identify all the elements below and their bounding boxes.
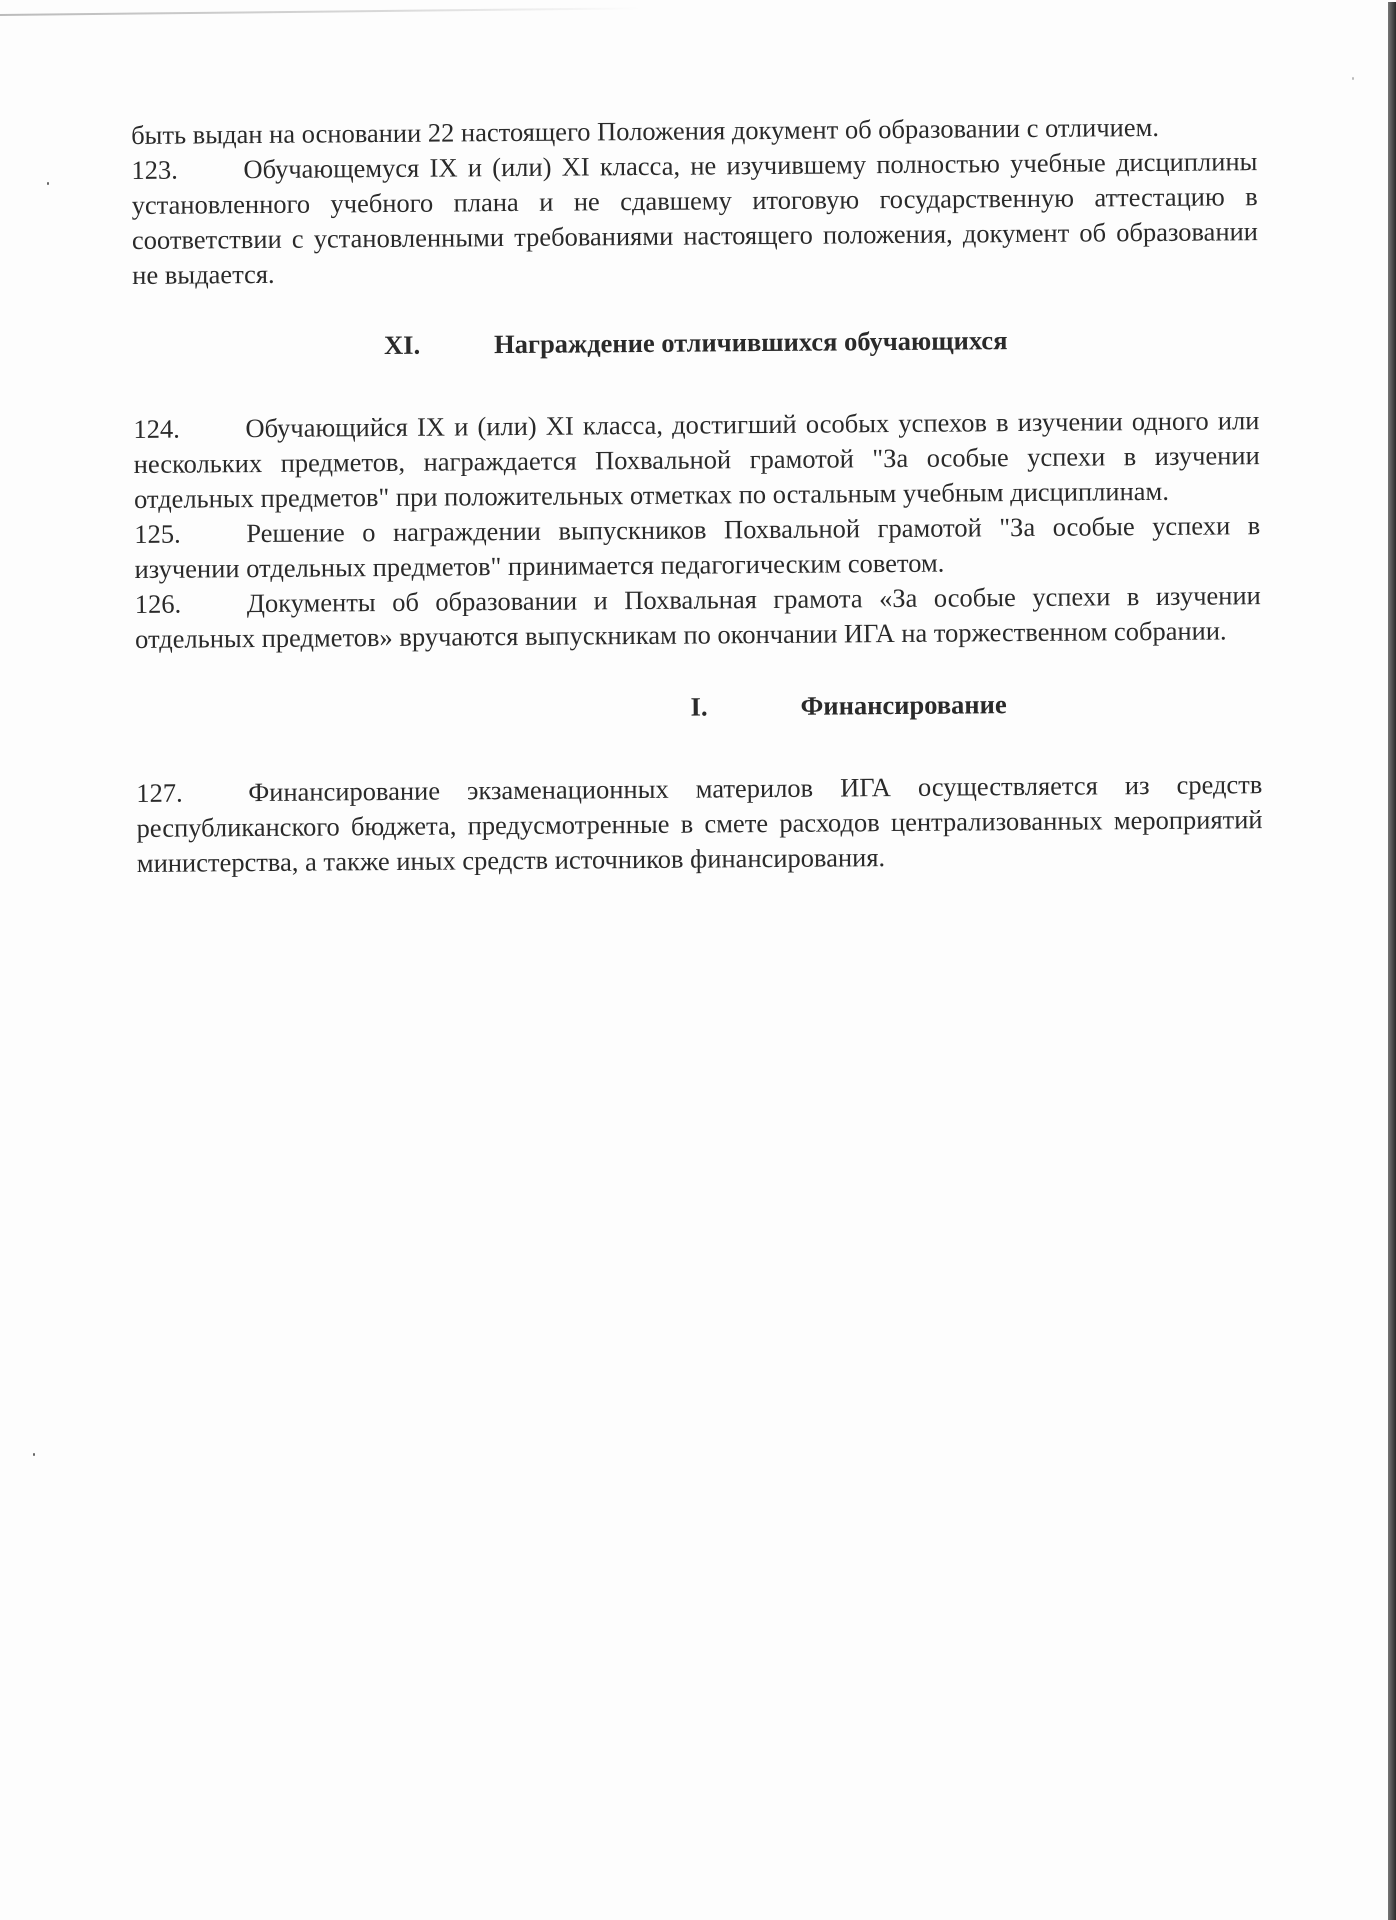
section-heading-xi: XI.Награждение отличившихся обучающихся xyxy=(133,321,1259,365)
section-heading-i: I.Финансирование xyxy=(136,685,1262,729)
paragraph-127: 127.Финансирование экзаменационных матер… xyxy=(136,767,1263,881)
paragraph-126: 126.Документы об образовании и Похвальна… xyxy=(135,578,1262,657)
section-title: Награждение отличившихся обучающихся xyxy=(494,325,1008,359)
paragraph-number: 123. xyxy=(131,152,243,188)
scan-speck xyxy=(33,1453,35,1456)
section-title: Финансирование xyxy=(800,689,1006,721)
paragraph-text: Обучающемуся IX и (или) XI класса, не из… xyxy=(132,146,1258,290)
paragraph-124: 124.Обучающийся IX и (или) XI класса, до… xyxy=(133,403,1260,517)
paragraph-number: 124. xyxy=(133,411,245,447)
section-number: XI. xyxy=(384,327,494,363)
paragraph-text: Финансирование экзаменационных материлов… xyxy=(136,769,1262,878)
paragraph-text: Решение о награждении выпускников Похвал… xyxy=(134,510,1260,584)
scan-page-edge xyxy=(1388,2,1396,1920)
section-number: I. xyxy=(690,689,800,725)
paragraph-125: 125.Решение о награждении выпускников По… xyxy=(134,508,1261,587)
paragraph-number: 127. xyxy=(136,775,248,811)
paragraph-number: 126. xyxy=(135,586,247,622)
document-page: быть выдан на основании 22 настоящего По… xyxy=(131,109,1263,881)
paragraph-123: 123.Обучающемуся IX и (или) XI класса, н… xyxy=(131,144,1258,293)
scan-speck xyxy=(47,182,49,185)
scan-speck xyxy=(1352,77,1354,80)
scan-artifact-line xyxy=(0,7,640,16)
paragraph-number: 125. xyxy=(134,516,246,552)
paragraph-text: Обучающийся IX и (или) XI класса, достиг… xyxy=(134,405,1260,514)
paragraph-text: Документы об образовании и Похвальная гр… xyxy=(135,580,1261,654)
